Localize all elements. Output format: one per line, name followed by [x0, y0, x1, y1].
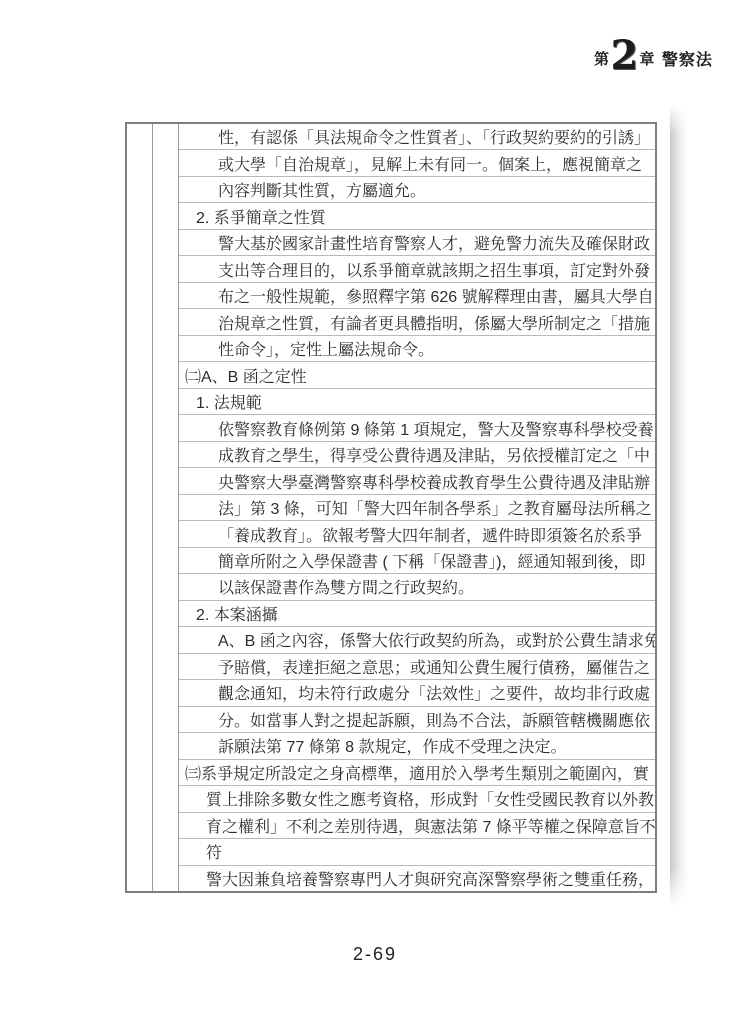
table-row: 以該保證書作為雙方間之行政契約。 — [179, 574, 655, 600]
row-text: 警大基於國家計畫性培育警察人才，避免警力流失及確保財政 — [218, 231, 650, 254]
row-text: A、B 函之內容，係警大依行政契約所為，或對於公費生請求免 — [218, 628, 655, 651]
row-text: 成教育之學生，得享受公費待遇及津貼，另依授權訂定之「中 — [218, 443, 650, 466]
row-text: 「養成教育」。欲報考警大四年制者，遞件時即須簽名於系爭 — [218, 523, 642, 546]
table-row: 觀念通知，均未符行政處分「法效性」之要件，故均非行政處 — [179, 680, 655, 706]
table-row: 性，有認係「具法規命令之性質者」、「行政契約要約的引誘」 — [179, 124, 655, 150]
scan-shadow — [670, 104, 688, 906]
row-text: 分。如當事人對之提起訴願，則為不合法，訴願管轄機關應依 — [218, 708, 650, 731]
table-row: 警大基於國家計畫性培育警察人才，避免警力流失及確保財政 — [179, 230, 655, 256]
table-row: A、B 函之內容，係警大依行政契約所為，或對於公費生請求免 — [179, 627, 655, 653]
table-row: 2. 本案涵攝 — [179, 601, 655, 627]
row-text: 法」第 3 條，可知「警大四年制各學系」之教育屬母法所稱之 — [218, 496, 652, 519]
table-row: 1. 法規範 — [179, 389, 655, 415]
row-text: 依警察教育條例第 9 條第 1 項規定，警大及警察專科學校受養 — [218, 417, 654, 440]
table-row: 予賠償，表達拒絕之意思；或通知公費生履行債務，屬催告之 — [179, 654, 655, 680]
table-row: 育之權利」不利之差別待遇，與憲法第 7 條平等權之保障意旨不 — [179, 813, 655, 839]
row-text: 央警察大學臺灣警察專科學校養成教育學生公費待遇及津貼辦 — [218, 470, 650, 493]
table-row: 簡章所附之入學保證書 ( 下稱「保證書」)，經通知報到後，即 — [179, 548, 655, 574]
page-number: 2-69 — [0, 944, 750, 965]
chapter-header: 第 2 章 警察法 — [594, 38, 713, 78]
table-row: 警大因兼負培養警察專門人才與研究高深警察學術之雙重任務， — [179, 866, 655, 891]
row-text: 內容判斷其性質，方屬適允。 — [218, 178, 426, 201]
row-text: ㈢系爭規定所設定之身高標準，適用於入學考生類別之範圍內，實 — [185, 761, 649, 784]
row-text: 性命令」，定性上屬法規命令。 — [218, 337, 434, 360]
row-text: 性，有認係「具法規命令之性質者」、「行政契約要約的引誘」 — [218, 125, 650, 148]
table-row: ㈢系爭規定所設定之身高標準，適用於入學考生類別之範圍內，實 — [179, 760, 655, 786]
table-row: 性命令」，定性上屬法規命令。 — [179, 336, 655, 362]
row-text: 符 — [206, 840, 222, 863]
table-row: 質上排除多數女性之應考資格，形成對「女性受國民教育以外教 — [179, 786, 655, 812]
table-row: 或大學「自治規章」，見解上未有同一。個案上，應視簡章之 — [179, 150, 655, 176]
chapter-prefix: 第 — [594, 48, 610, 69]
table-row: 內容判斷其性質，方屬適允。 — [179, 177, 655, 203]
row-text: 2. 系爭簡章之性質 — [196, 205, 326, 228]
chapter-number: 2 — [611, 39, 639, 73]
margin-column-2 — [153, 124, 179, 891]
table-row: 2. 系爭簡章之性質 — [179, 203, 655, 229]
row-text: 布之一般性規範，參照釋字第 626 號解釋理由書，屬具大學自 — [218, 284, 654, 307]
table-row: 治規章之性質，有論者更具體指明，係屬大學所制定之「措施 — [179, 309, 655, 335]
row-text: 育之權利」不利之差別待遇，與憲法第 7 條平等權之保障意旨不 — [206, 814, 655, 837]
row-text: 簡章所附之入學保證書 ( 下稱「保證書」)，經通知報到後，即 — [218, 549, 646, 572]
table-row: 成教育之學生，得享受公費待遇及津貼，另依授權訂定之「中 — [179, 442, 655, 468]
row-text: 觀念通知，均未符行政處分「法效性」之要件，故均非行政處 — [218, 681, 650, 704]
document-page: 第 2 章 警察法 性，有認係「具法規命令之性質者」、「行政契約要約的引誘」或大… — [0, 0, 750, 1017]
table-row: ㈡A、B 函之定性 — [179, 362, 655, 388]
table-row: 布之一般性規範，參照釋字第 626 號解釋理由書，屬具大學自 — [179, 283, 655, 309]
row-text: 支出等合理目的，以系爭簡章就該期之招生事項，訂定對外發 — [218, 258, 650, 281]
row-text: 予賠償，表達拒絕之意思；或通知公費生履行債務，屬催告之 — [218, 655, 650, 678]
row-text: 質上排除多數女性之應考資格，形成對「女性受國民教育以外教 — [206, 787, 654, 810]
content-table: 性，有認係「具法規命令之性質者」、「行政契約要約的引誘」或大學「自治規章」，見解… — [125, 122, 657, 893]
table-row: 符 — [179, 839, 655, 865]
table-row: 分。如當事人對之提起訴願，則為不合法，訴願管轄機關應依 — [179, 707, 655, 733]
table-row: 支出等合理目的，以系爭簡章就該期之招生事項，訂定對外發 — [179, 256, 655, 282]
row-text: ㈡A、B 函之定性 — [185, 364, 307, 387]
chapter-suffix: 章 — [639, 48, 655, 69]
chapter-title: 警察法 — [662, 47, 713, 70]
table-row: 法」第 3 條，可知「警大四年制各學系」之教育屬母法所稱之 — [179, 495, 655, 521]
row-text: 訴願法第 77 條第 8 款規定，作成不受理之決定。 — [218, 734, 566, 757]
table-row: 訴願法第 77 條第 8 款規定，作成不受理之決定。 — [179, 733, 655, 759]
row-text: 1. 法規範 — [196, 390, 262, 413]
text-column: 性，有認係「具法規命令之性質者」、「行政契約要約的引誘」或大學「自治規章」，見解… — [179, 124, 655, 891]
margin-column-1 — [127, 124, 153, 891]
row-text: 2. 本案涵攝 — [196, 602, 278, 625]
table-row: 央警察大學臺灣警察專科學校養成教育學生公費待遇及津貼辦 — [179, 468, 655, 494]
table-row: 依警察教育條例第 9 條第 1 項規定，警大及警察專科學校受養 — [179, 415, 655, 441]
row-text: 治規章之性質，有論者更具體指明，係屬大學所制定之「措施 — [218, 311, 650, 334]
row-text: 或大學「自治規章」，見解上未有同一。個案上，應視簡章之 — [218, 152, 642, 175]
row-text: 警大因兼負培養警察專門人才與研究高深警察學術之雙重任務， — [206, 867, 654, 890]
table-row: 「養成教育」。欲報考警大四年制者，遞件時即須簽名於系爭 — [179, 521, 655, 547]
row-text: 以該保證書作為雙方間之行政契約。 — [218, 575, 474, 598]
